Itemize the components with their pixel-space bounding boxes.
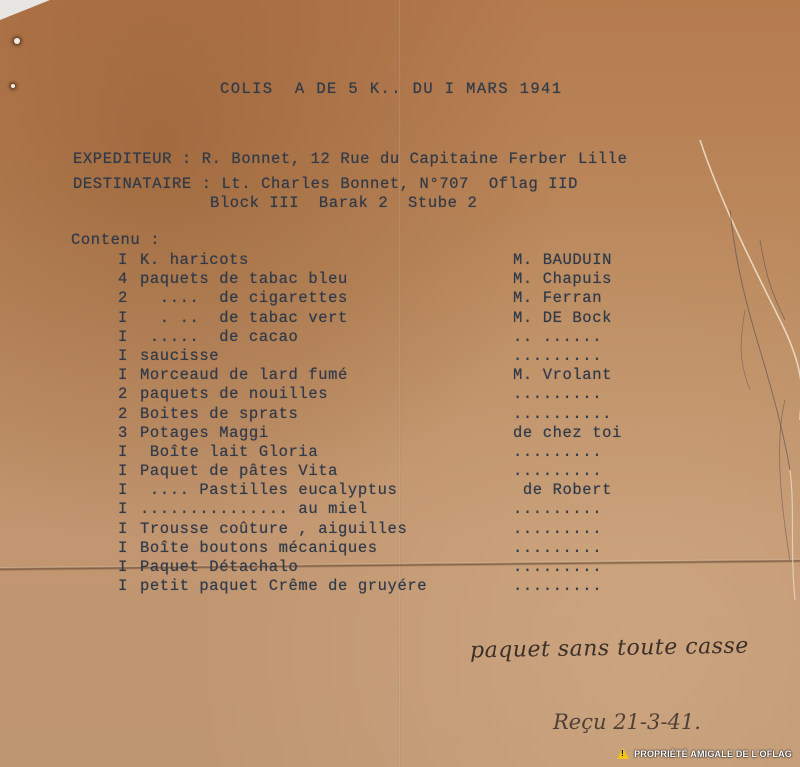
punch-hole <box>14 38 20 44</box>
item-description: paquets de tabac bleu <box>140 270 348 289</box>
list-item: I ..... de cacao <box>118 328 427 347</box>
item-quantity: I <box>118 481 140 500</box>
donor-entry: M. Chapuis <box>513 270 622 289</box>
item-description: Paquet Détachalo <box>140 558 298 577</box>
watermark-text: PROPRIÉTÉ AMIGALE DE L'OFLAG <box>634 749 792 759</box>
punch-hole <box>11 84 15 88</box>
item-description: Morceaud de lard fumé <box>140 366 348 385</box>
donor-entry: M. Vrolant <box>513 366 622 385</box>
warning-icon <box>617 748 629 759</box>
item-quantity: 2 <box>118 289 140 308</box>
item-quantity: I <box>118 443 140 462</box>
list-item: 2paquets de nouilles <box>118 385 427 404</box>
donor-entry: ......... <box>513 462 622 481</box>
item-quantity: I <box>118 309 140 328</box>
item-description: . .. de tabac vert <box>140 309 348 328</box>
donor-entry: de chez toi <box>513 424 622 443</box>
donor-entry: de Robert <box>513 481 622 500</box>
list-item: 2Boites de sprats <box>118 405 427 424</box>
donor-entry: ......... <box>513 539 622 558</box>
item-description: petit paquet Crême de gruyére <box>140 577 427 596</box>
item-quantity: 2 <box>118 405 140 424</box>
donor-entry: ......... <box>513 577 622 596</box>
item-description: Boîte boutons mécaniques <box>140 539 378 558</box>
list-item: IPaquet Détachalo <box>118 558 427 577</box>
recipient-line: DESTINATAIRE : Lt. Charles Bonnet, N°707… <box>73 175 578 193</box>
list-item: Ipetit paquet Crême de gruyére <box>118 577 427 596</box>
item-quantity: I <box>118 520 140 539</box>
donor-entry: ......... <box>513 558 622 577</box>
donor-column: M. BAUDUIN M. Chapuis M. Ferran M. DE Bo… <box>513 251 622 596</box>
item-quantity: I <box>118 251 140 270</box>
item-quantity: I <box>118 328 140 347</box>
document-title: COLIS A DE 5 K.. DU I MARS 1941 <box>220 80 562 98</box>
item-quantity: 3 <box>118 424 140 443</box>
list-item: IPaquet de pâtes Vita <box>118 462 427 481</box>
sender-line: EXPEDITEUR : R. Bonnet, 12 Rue du Capita… <box>73 150 627 168</box>
list-item: I............... au miel <box>118 500 427 519</box>
handwritten-received-date: Reçu 21-3-41. <box>553 710 701 734</box>
item-description: ............... au miel <box>140 500 368 519</box>
item-description: Boites de sprats <box>140 405 298 424</box>
item-description: Boîte lait Gloria <box>140 443 318 462</box>
item-description: saucisse <box>140 347 219 366</box>
list-item: I .... Pastilles eucalyptus <box>118 481 427 500</box>
item-description: .... Pastilles eucalyptus <box>140 481 397 500</box>
item-quantity: I <box>118 558 140 577</box>
contents-list: IK. haricots 4paquets de tabac bleu 2 ..… <box>118 251 427 596</box>
item-description: Trousse coûture , aiguilles <box>140 520 407 539</box>
item-quantity: I <box>118 577 140 596</box>
item-quantity: I <box>118 539 140 558</box>
item-quantity: 2 <box>118 385 140 404</box>
list-item: I . .. de tabac vert <box>118 309 427 328</box>
item-description: K. haricots <box>140 251 249 270</box>
donor-entry: .. ...... <box>513 328 622 347</box>
donor-entry: M. BAUDUIN <box>513 251 622 270</box>
item-quantity: I <box>118 500 140 519</box>
donor-entry: M. Ferran <box>513 289 622 308</box>
list-item: 4paquets de tabac bleu <box>118 270 427 289</box>
list-item: 3Potages Maggi <box>118 424 427 443</box>
list-item: I Boîte lait Gloria <box>118 443 427 462</box>
donor-entry: ......... <box>513 443 622 462</box>
item-quantity: I <box>118 347 140 366</box>
contents-label: Contenu : <box>71 231 160 249</box>
item-description: paquets de nouilles <box>140 385 328 404</box>
list-item: IBoîte boutons mécaniques <box>118 539 427 558</box>
watermark: PROPRIÉTÉ AMIGALE DE L'OFLAG <box>617 748 792 759</box>
paper-crack-lines <box>690 140 800 600</box>
list-item: Isaucisse <box>118 347 427 366</box>
item-quantity: I <box>118 366 140 385</box>
donor-entry: ......... <box>513 500 622 519</box>
item-description: Paquet de pâtes Vita <box>140 462 338 481</box>
donor-entry: M. DE Bock <box>513 309 622 328</box>
recipient-address: Block III Barak 2 Stube 2 <box>210 194 477 212</box>
item-description: Potages Maggi <box>140 424 269 443</box>
list-item: IK. haricots <box>118 251 427 270</box>
list-item: 2 .... de cigarettes <box>118 289 427 308</box>
list-item: ITrousse coûture , aiguilles <box>118 520 427 539</box>
item-quantity: I <box>118 462 140 481</box>
list-item: IMorceaud de lard fumé <box>118 366 427 385</box>
item-quantity: 4 <box>118 270 140 289</box>
donor-entry: ......... <box>513 520 622 539</box>
donor-entry: ......... <box>513 347 622 366</box>
donor-entry: .......... <box>513 405 622 424</box>
item-description: .... de cigarettes <box>140 289 348 308</box>
donor-entry: ......... <box>513 385 622 404</box>
handwritten-note: paquet sans toute casse <box>470 634 749 664</box>
item-description: ..... de cacao <box>140 328 298 347</box>
